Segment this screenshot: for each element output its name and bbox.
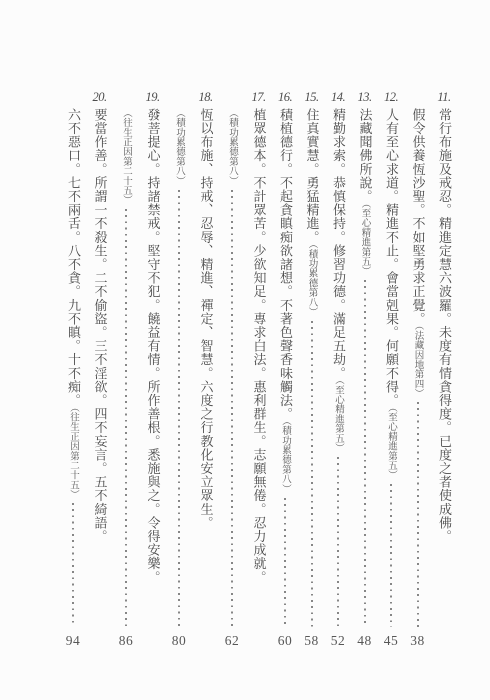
entry-text: 六不惡口。七不兩舌。八不貪。九不瞋。十不痴。（往生正因第二十五） bbox=[60, 108, 86, 499]
page-number: 48 bbox=[357, 632, 372, 650]
page-number: 45 bbox=[384, 632, 399, 650]
entry-quote: 積植德行。不起貪瞋痴欲諸想。不著色聲香味觸法。 bbox=[278, 108, 293, 421]
toc-column: 六不惡口。七不兩舌。八不貪。九不瞋。十不痴。（往生正因第二十五） 94 bbox=[60, 88, 86, 650]
scanned-toc-page: 11. 常行布施及戒忍。精進定慧六波羅。未度有情貪得度。已度之者使成佛。 假令供… bbox=[0, 0, 490, 700]
entry-quote: 法藏聞佛所說。 bbox=[358, 108, 373, 203]
chapter-note: （法藏因地第四） bbox=[413, 326, 423, 399]
entry-quote: 精勤求索。恭慎保持。修習功德。滿足五劫。 bbox=[331, 108, 346, 380]
toc-column: 12. 人有至心求道。精進不止。會當剋果。何願不得。（至心精進第五） 45 bbox=[378, 88, 404, 650]
column-body: （往生正因第二十五） bbox=[113, 108, 139, 632]
entry-text: 積植德行。不起貪瞋痴欲諸想。不著色聲香味觸法。（積功累德第八） bbox=[272, 108, 298, 494]
item-number: 19. bbox=[145, 88, 159, 108]
toc-column: 20. 要當作善。所謂一不殺生。二不偷盜。三不淫欲。四不妄言。五不綺語。 bbox=[87, 88, 113, 650]
column-body: 假令供養恆沙聖。不如堅勇求正覺。（法藏因地第四） bbox=[405, 108, 431, 632]
column-body: （積功累德第八） bbox=[219, 108, 245, 632]
page-number: 80 bbox=[172, 632, 187, 650]
chapter-note: （積功累德第八） bbox=[307, 244, 317, 317]
toc-column: （往生正因第二十五） 86 bbox=[113, 88, 139, 650]
dot-leader bbox=[390, 484, 392, 627]
entry-quote: 假令供養恆沙聖。不如堅勇求正覺。 bbox=[411, 108, 426, 326]
entry-quote: 發菩提心。持諸禁戒。堅守不犯。饒益有情。所作善根。悉施與之。令得安樂。 bbox=[146, 108, 161, 584]
item-number: 20. bbox=[92, 88, 106, 108]
entry-text: 恆以布施、持戒、忍辱、精進、禪定、智慧。六度之行教化安立眾生。 bbox=[193, 108, 219, 530]
column-body: 六不惡口。七不兩舌。八不貪。九不瞋。十不痴。（往生正因第二十五） bbox=[60, 108, 86, 632]
page-number: 62 bbox=[225, 632, 240, 650]
entry-text: 常行布施及戒忍。精進定慧六波羅。未度有情貪得度。已度之者使成佛。 bbox=[431, 108, 457, 543]
toc-column: 14. 精勤求索。恭慎保持。修習功德。滿足五劫。（至心精進第五） 52 bbox=[325, 88, 351, 650]
entry-quote: 常行布施及戒忍。精進定慧六波羅。未度有情貪得度。已度之者使成佛。 bbox=[437, 108, 452, 543]
entry-text: 假令供養恆沙聖。不如堅勇求正覺。（法藏因地第四） bbox=[405, 108, 431, 398]
dot-leader bbox=[231, 190, 233, 627]
item-number: 12. bbox=[384, 88, 398, 108]
entry-quote: 六不惡口。七不兩舌。八不貪。九不瞋。十不痴。 bbox=[66, 108, 81, 407]
column-body: 常行布施及戒忍。精進定慧六波羅。未度有情貪得度。已度之者使成佛。 bbox=[431, 108, 457, 632]
chapter-note: （積功累德第八） bbox=[227, 108, 237, 186]
toc-column: 16. 積植德行。不起貪瞋痴欲諸想。不著色聲香味觸法。（積功累德第八） 60 bbox=[272, 88, 298, 650]
chapter-note: （往生正因第二十五） bbox=[68, 407, 78, 499]
chapter-note: （至心精進第五） bbox=[386, 407, 396, 480]
toc-column: 19. 發菩提心。持諸禁戒。堅守不犯。饒益有情。所作善根。悉施與之。令得安樂。 bbox=[140, 88, 166, 650]
entry-quote: 人有至心求道。精進不止。會當剋果。何願不得。 bbox=[384, 108, 399, 407]
toc-columns: 11. 常行布施及戒忍。精進定慧六波羅。未度有情貪得度。已度之者使成佛。 假令供… bbox=[60, 88, 457, 650]
column-body: 法藏聞佛所說。（至心精進第五） bbox=[352, 108, 378, 632]
entry-text: 植眾德本。不計眾苦。少欲知足。專求白法。惠利群生。志願無倦。忍力成就。 bbox=[246, 108, 272, 584]
item-number: 17. bbox=[251, 88, 265, 108]
dot-leader bbox=[364, 280, 366, 627]
column-body: 植眾德本。不計眾苦。少欲知足。專求白法。惠利群生。志願無倦。忍力成就。 bbox=[246, 108, 272, 632]
column-body: 恆以布施、持戒、忍辱、精進、禪定、智慧。六度之行教化安立眾生。 bbox=[193, 108, 219, 632]
column-body: 精勤求索。恭慎保持。修習功德。滿足五劫。（至心精進第五） bbox=[325, 108, 351, 632]
page-number: 60 bbox=[278, 632, 293, 650]
toc-column: （積功累德第八） 62 bbox=[219, 88, 245, 650]
toc-column: 11. 常行布施及戒忍。精進定慧六波羅。未度有情貪得度。已度之者使成佛。 bbox=[431, 88, 457, 650]
entry-text: 法藏聞佛所說。（至心精進第五） bbox=[352, 108, 378, 276]
entry-quote: 恆以布施、持戒、忍辱、精進、禪定、智慧。六度之行教化安立眾生。 bbox=[199, 108, 214, 530]
dot-leader bbox=[417, 402, 419, 627]
toc-column: 18. 恆以布施、持戒、忍辱、精進、禪定、智慧。六度之行教化安立眾生。 bbox=[193, 88, 219, 650]
entry-quote: 住真實慧。勇猛精進。 bbox=[305, 108, 320, 244]
item-number: 11. bbox=[437, 88, 450, 108]
entry-quote: 要當作善。所謂一不殺生。二不偷盜。三不淫欲。四不妄言。五不綺語。 bbox=[93, 108, 108, 543]
item-number: 18. bbox=[198, 88, 212, 108]
entry-text: 發菩提心。持諸禁戒。堅守不犯。饒益有情。所作善根。悉施與之。令得安樂。 bbox=[140, 108, 166, 584]
dot-leader bbox=[72, 503, 74, 627]
page-number: 58 bbox=[304, 632, 319, 650]
item-number: 16. bbox=[278, 88, 292, 108]
page-number: 38 bbox=[410, 632, 425, 650]
item-number: 14. bbox=[331, 88, 345, 108]
dot-leader bbox=[125, 209, 127, 627]
entry-quote: 植眾德本。不計眾苦。少欲知足。專求白法。惠利群生。志願無倦。忍力成就。 bbox=[252, 108, 267, 584]
dot-leader bbox=[337, 457, 339, 627]
chapter-note: （積功累德第八） bbox=[174, 108, 184, 186]
entry-text: （往生正因第二十五） bbox=[113, 108, 139, 205]
page-number: 52 bbox=[331, 632, 346, 650]
page-number: 94 bbox=[66, 632, 81, 650]
dot-leader bbox=[284, 498, 286, 627]
toc-column: 假令供養恆沙聖。不如堅勇求正覺。（法藏因地第四） 38 bbox=[405, 88, 431, 650]
chapter-note: （積功累德第八） bbox=[280, 421, 290, 494]
dot-leader bbox=[311, 321, 313, 627]
item-number: 15. bbox=[304, 88, 318, 108]
column-body: 要當作善。所謂一不殺生。二不偷盜。三不淫欲。四不妄言。五不綺語。 bbox=[87, 108, 113, 632]
chapter-note: （往生正因第二十五） bbox=[121, 108, 131, 205]
entry-text: （積功累德第八） bbox=[219, 108, 245, 186]
column-body: 住真實慧。勇猛精進。（積功累德第八） bbox=[299, 108, 325, 632]
page-number: 86 bbox=[119, 632, 134, 650]
entry-text: 要當作善。所謂一不殺生。二不偷盜。三不淫欲。四不妄言。五不綺語。 bbox=[87, 108, 113, 543]
chapter-note: （至心精進第五） bbox=[360, 203, 370, 276]
toc-column: （積功累德第八） 80 bbox=[166, 88, 192, 650]
column-body: （積功累德第八） bbox=[166, 108, 192, 632]
entry-text: 住真實慧。勇猛精進。（積功累德第八） bbox=[299, 108, 325, 317]
entry-text: 精勤求索。恭慎保持。修習功德。滿足五劫。（至心精進第五） bbox=[325, 108, 351, 453]
toc-column: 15. 住真實慧。勇猛精進。（積功累德第八） 58 bbox=[299, 88, 325, 650]
dot-leader bbox=[178, 190, 180, 627]
column-body: 人有至心求道。精進不止。會當剋果。何願不得。（至心精進第五） bbox=[378, 108, 404, 632]
item-number: 13. bbox=[357, 88, 371, 108]
entry-text: （積功累德第八） bbox=[166, 108, 192, 186]
column-body: 發菩提心。持諸禁戒。堅守不犯。饒益有情。所作善根。悉施與之。令得安樂。 bbox=[140, 108, 166, 632]
column-body: 積植德行。不起貪瞋痴欲諸想。不著色聲香味觸法。（積功累德第八） bbox=[272, 108, 298, 632]
toc-column: 13. 法藏聞佛所說。（至心精進第五） 48 bbox=[352, 88, 378, 650]
entry-text: 人有至心求道。精進不止。會當剋果。何願不得。（至心精進第五） bbox=[378, 108, 404, 480]
chapter-note: （至心精進第五） bbox=[333, 380, 343, 453]
toc-column: 17. 植眾德本。不計眾苦。少欲知足。專求白法。惠利群生。志願無倦。忍力成就。 bbox=[246, 88, 272, 650]
